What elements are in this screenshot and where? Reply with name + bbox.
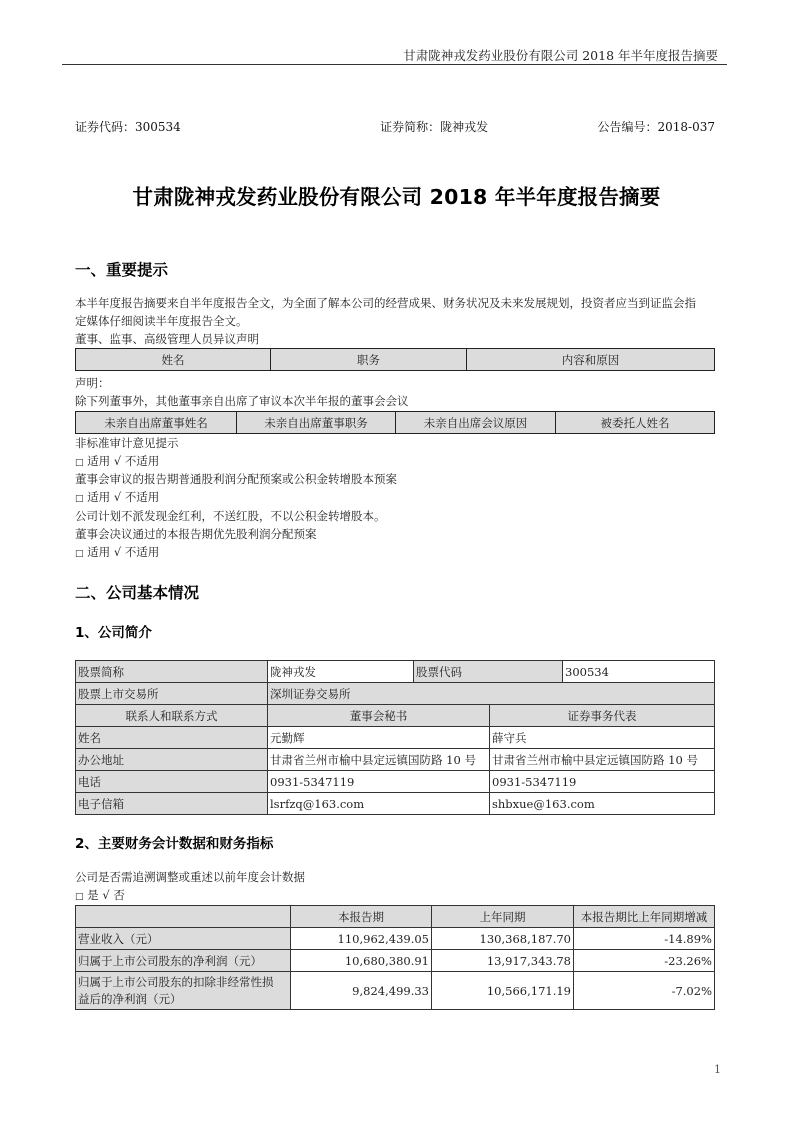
col-header-name: 姓名 [76, 349, 271, 371]
intro-text-line1: 本半年度报告摘要来自半年度报告全文，为全面了解本公司的经营成果、财务状况及未来发… [75, 294, 696, 312]
stock-abbreviation: 证券简称：陇神戎发 [380, 118, 488, 135]
contact-header: 联系人和联系方式 [76, 705, 268, 727]
announcement-meta: 证券代码：300534 证券简称：陇神戎发 公告编号：2018-037 [75, 118, 715, 135]
rep-email[interactable]: shbxue@163.com [490, 793, 715, 815]
col-header-current-period: 本报告期 [291, 906, 432, 928]
option-applicable: 适用 [87, 545, 110, 559]
subsection-heading-financial-data: 2、主要财务会计数据和财务指标 [75, 832, 273, 852]
statement-label: 声明： [75, 374, 110, 392]
dividend-plan-label: 董事会审议的报告期普通股利润分配预案或公积金转增股本预案 [75, 470, 397, 488]
dividend-plan-statement: 公司计划不派发现金红利，不送红股，不以公积金转增股本。 [75, 507, 386, 525]
section-heading-important-notes: 一、重要提示 [75, 258, 168, 280]
stock-code-value: 300534 [563, 661, 715, 683]
col-header-item [76, 906, 291, 928]
exchange-value: 深圳证券交易所 [268, 683, 715, 705]
empty-checkbox-icon: □ [75, 494, 84, 504]
col-header-proxy-name: 被委托人姓名 [556, 412, 715, 434]
table-row: 姓名 元勤辉 薛守兵 [76, 727, 715, 749]
attendance-text: 除下列董事外，其他董事亲自出席了审议本次半年报的董事会会议 [75, 392, 409, 410]
net-profit-change: -23.26% [574, 950, 715, 972]
secretary-header: 董事会秘书 [268, 705, 490, 727]
stock-abbr-label: 股票简称 [76, 661, 268, 683]
empty-checkbox-icon: □ [75, 549, 84, 559]
option-not-applicable: 不适用 [125, 490, 160, 504]
objection-table: 姓名 职务 内容和原因 [75, 348, 715, 371]
rep-name: 薛守兵 [490, 727, 715, 749]
objection-statement-label: 董事、监事、高级管理人员异议声明 [75, 330, 259, 348]
revenue-prior: 130,368,187.70 [432, 928, 574, 950]
table-row: 联系人和联系方式 董事会秘书 证券事务代表 [76, 705, 715, 727]
phone-label: 电话 [76, 771, 268, 793]
table-row: 办公地址 甘肃省兰州市榆中县定远镇国防路 10 号 甘肃省兰州市榆中县定远镇国防… [76, 749, 715, 771]
adjusted-net-profit-prior: 10,566,171.19 [432, 972, 574, 1010]
col-header-change: 本报告期比上年同期增减 [574, 906, 715, 928]
rep-address: 甘肃省兰州市榆中县定远镇国防路 10 号 [490, 749, 715, 771]
option-yes: 是 [87, 888, 99, 902]
dividend-plan-choice: □ 适用 √ 不适用 [75, 488, 159, 508]
securities-rep-header: 证券事务代表 [490, 705, 715, 727]
revenue-change: -14.89% [574, 928, 715, 950]
col-header-reason: 内容和原因 [467, 349, 715, 371]
net-profit-prior: 13,917,343.78 [432, 950, 574, 972]
restatement-choice: □ 是 √ 否 [75, 886, 125, 906]
announcement-number: 公告编号：2018-037 [597, 118, 715, 135]
company-profile-table: 股票简称 陇神戎发 股票代码 300534 股票上市交易所 深圳证券交易所 联系… [75, 660, 715, 815]
rep-phone: 0931-5347119 [490, 771, 715, 793]
preferred-dividend-choice: □ 适用 √ 不适用 [75, 543, 159, 563]
revenue-current: 110,962,439.05 [291, 928, 432, 950]
secretary-phone: 0931-5347119 [268, 771, 490, 793]
option-not-applicable: 不适用 [125, 454, 160, 468]
checkmark-icon: √ [114, 454, 121, 468]
empty-checkbox-icon: □ [75, 892, 84, 902]
stock-code-label: 股票代码 [414, 661, 563, 683]
table-row: 股票简称 陇神戎发 股票代码 300534 [76, 661, 715, 683]
absent-directors-table: 未亲自出席董事姓名 未亲自出席董事职务 未亲自出席会议原因 被委托人姓名 [75, 411, 715, 434]
running-header-title: 甘肃陇神戎发药业股份有限公司 2018 年半年度报告摘要 [403, 46, 718, 64]
table-row: 营业收入（元） 110,962,439.05 130,368,187.70 -1… [76, 928, 715, 950]
col-header-absent-name: 未亲自出席董事姓名 [76, 412, 237, 434]
table-row: 股票上市交易所 深圳证券交易所 [76, 683, 715, 705]
checkmark-icon: √ [114, 490, 121, 504]
document-title: 甘肃陇神戎发药业股份有限公司 2018 年半年度报告摘要 [0, 180, 793, 210]
table-header-row: 本报告期 上年同期 本报告期比上年同期增减 [76, 906, 715, 928]
col-header-absent-reason: 未亲自出席会议原因 [396, 412, 556, 434]
option-applicable: 适用 [87, 490, 110, 504]
preferred-dividend-label: 董事会决议通过的本报告期优先股利润分配预案 [75, 525, 317, 543]
contact-name-label: 姓名 [76, 727, 268, 749]
header-divider [62, 64, 727, 65]
secretary-address: 甘肃省兰州市榆中县定远镇国防路 10 号 [268, 749, 490, 771]
option-applicable: 适用 [87, 454, 110, 468]
row-label-adjusted-net-profit: 归属于上市公司股东的扣除非经常性损 益后的净利润（元） [76, 972, 291, 1010]
empty-checkbox-icon: □ [75, 458, 84, 468]
table-row: 电话 0931-5347119 0931-5347119 [76, 771, 715, 793]
adjusted-net-profit-change: -7.02% [574, 972, 715, 1010]
col-header-position: 职务 [271, 349, 467, 371]
subsection-heading-company-profile: 1、公司简介 [75, 621, 152, 641]
nonstandard-audit-label: 非标准审计意见提示 [75, 434, 179, 452]
restatement-question: 公司是否需追溯调整或重述以前年度会计数据 [75, 868, 305, 886]
col-header-absent-position: 未亲自出席董事职务 [237, 412, 396, 434]
email-label: 电子信箱 [76, 793, 268, 815]
net-profit-current: 10,680,380.91 [291, 950, 432, 972]
section-heading-company-basics: 二、公司基本情况 [75, 581, 199, 603]
secretary-name: 元勤辉 [268, 727, 490, 749]
nonstandard-audit-choice: □ 适用 √ 不适用 [75, 452, 159, 472]
table-row: 电子信箱 lsrfzq@163.com shbxue@163.com [76, 793, 715, 815]
secretary-email[interactable]: lsrfzq@163.com [268, 793, 490, 815]
checkmark-icon: √ [102, 888, 109, 902]
col-header-prior-period: 上年同期 [432, 906, 574, 928]
row-label-net-profit: 归属于上市公司股东的净利润（元） [76, 950, 291, 972]
page-number: 1 [714, 1063, 721, 1076]
option-no: 否 [113, 888, 125, 902]
stock-code: 证券代码：300534 [75, 118, 181, 135]
table-row: 归属于上市公司股东的扣除非经常性损 益后的净利润（元） 9,824,499.33… [76, 972, 715, 1010]
row-label-revenue: 营业收入（元） [76, 928, 291, 950]
financial-indicators-table: 本报告期 上年同期 本报告期比上年同期增减 营业收入（元） 110,962,43… [75, 905, 715, 1010]
option-not-applicable: 不适用 [125, 545, 160, 559]
office-address-label: 办公地址 [76, 749, 268, 771]
adjusted-net-profit-current: 9,824,499.33 [291, 972, 432, 1010]
checkmark-icon: √ [114, 545, 121, 559]
table-row: 归属于上市公司股东的净利润（元） 10,680,380.91 13,917,34… [76, 950, 715, 972]
exchange-label: 股票上市交易所 [76, 683, 268, 705]
intro-text-line2: 定媒体仔细阅读半年度报告全文。 [75, 312, 248, 330]
stock-abbr-value: 陇神戎发 [268, 661, 414, 683]
